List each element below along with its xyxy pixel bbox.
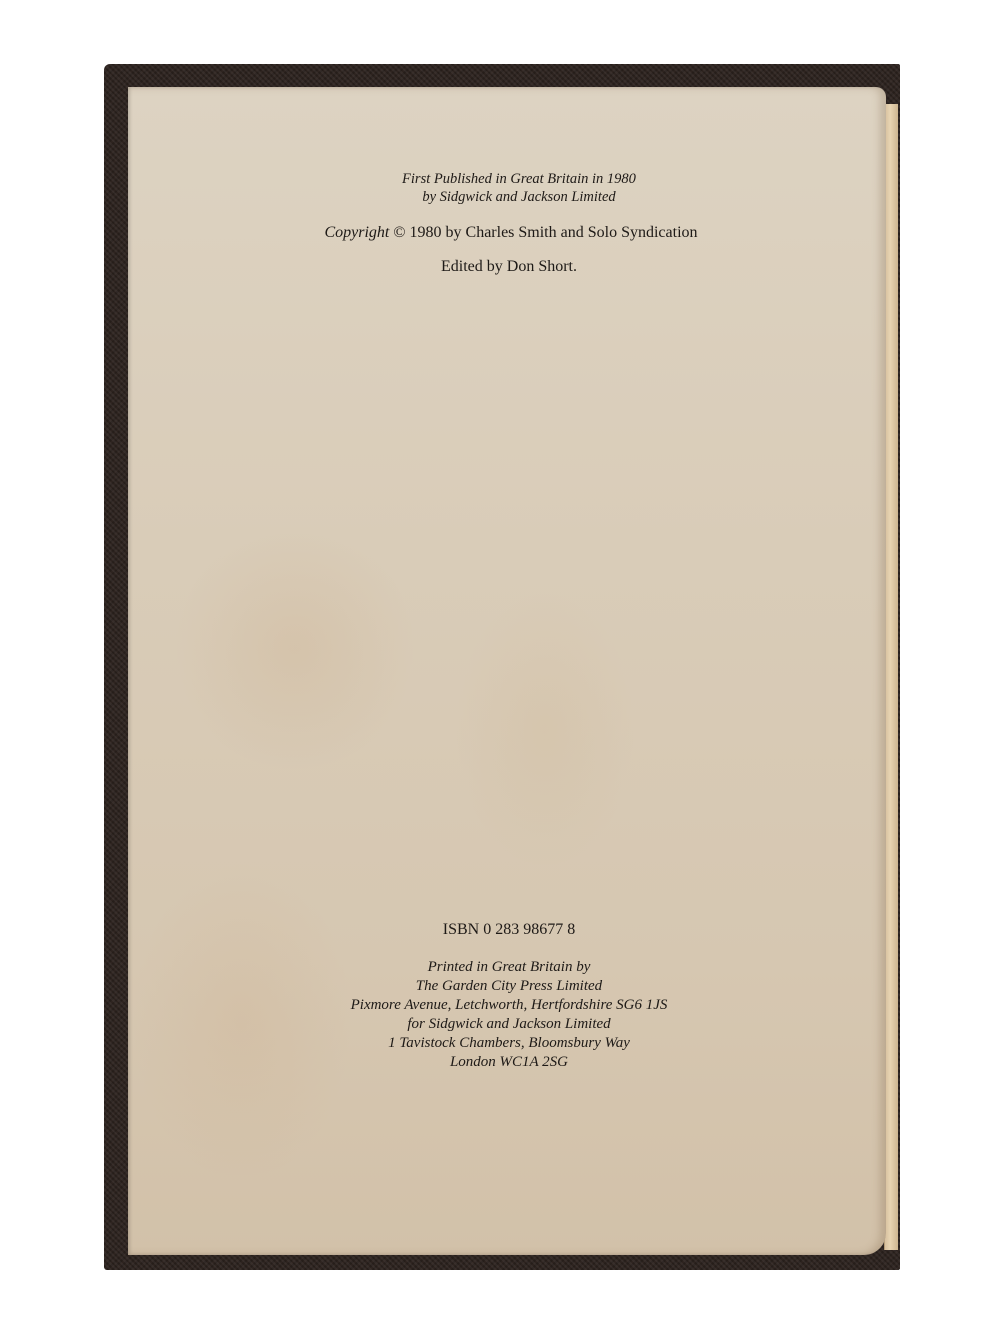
copyright-page: First Published in Great Britain in 1980… — [128, 87, 886, 1255]
printer-imprint: Printed in Great Britain by The Garden C… — [130, 958, 888, 1072]
copyright-line: Copyright © 1980 by Charles Smith and So… — [132, 224, 890, 242]
isbn: ISBN 0 283 98677 8 — [130, 921, 888, 939]
editor-line: Edited by Don Short. — [130, 258, 888, 276]
imprint-line: Pixmore Avenue, Letchworth, Hertfordshir… — [130, 996, 888, 1015]
imprint-line: 1 Tavistock Chambers, Bloomsbury Way — [130, 1034, 888, 1053]
imprint-line: Printed in Great Britain by — [130, 958, 888, 977]
publication-line-1: First Published in Great Britain in 1980 — [140, 171, 898, 188]
publication-line-2: by Sidgwick and Jackson Limited — [140, 189, 898, 206]
imprint-line: for Sidgwick and Jackson Limited — [130, 1015, 888, 1034]
imprint-line: The Garden City Press Limited — [130, 977, 888, 996]
copyright-symbol: © — [393, 224, 405, 241]
imprint-line: London WC1A 2SG — [130, 1053, 888, 1072]
copyright-text: 1980 by Charles Smith and Solo Syndicati… — [410, 224, 698, 241]
copyright-label: Copyright — [324, 224, 389, 241]
